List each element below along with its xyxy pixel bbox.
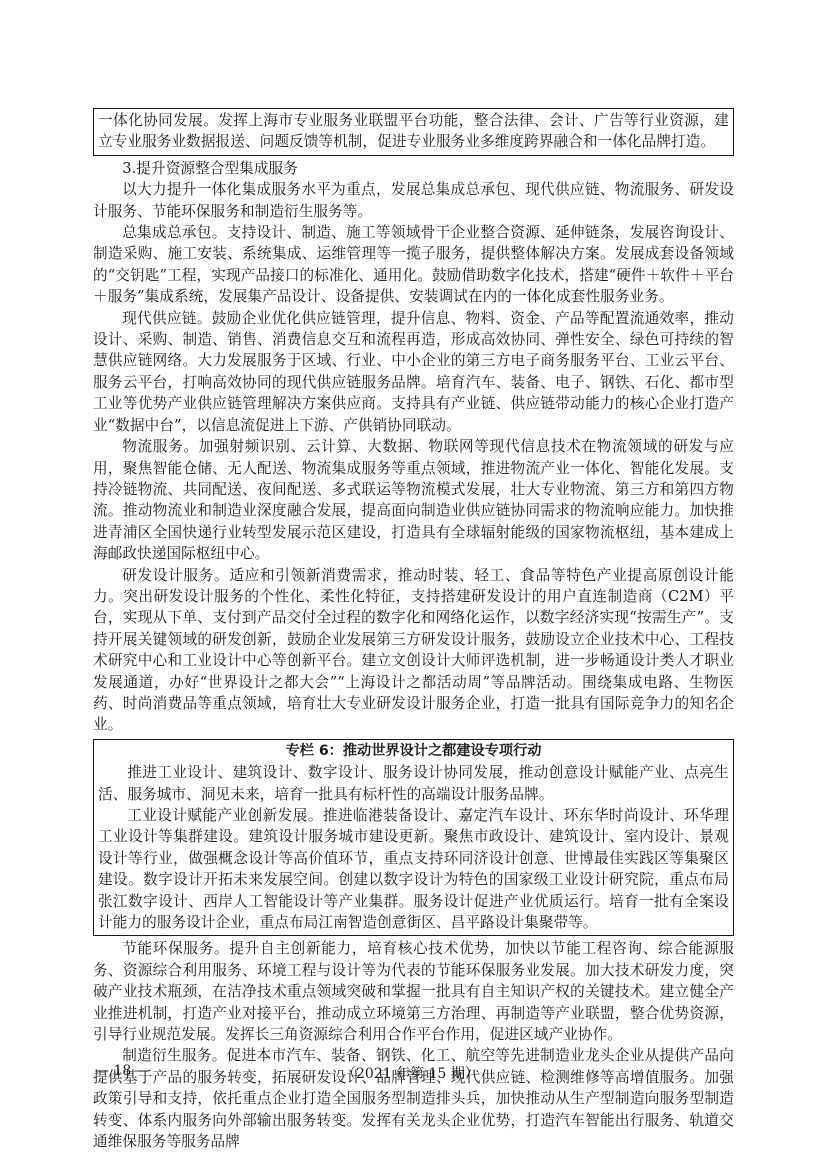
paragraph-supply-chain: 现代供应链。鼓励企业优化供应链管理，提升信息、物料、资金、产品等配置流通效率，推… (93, 308, 734, 436)
paragraph-logistics: 物流服务。加强射频识别、云计算、大数据、物联网等现代信息技术在物流领域的研发与应… (93, 436, 734, 564)
column-box-paragraph: 工业设计赋能产业创新发展。推进临港装备设计、嘉定汽车设计、环东华时尚设计、环华理… (98, 805, 729, 933)
column-box-paragraph: 推进工业设计、建筑设计、数字设计、服务设计协同发展，推动创意设计赋能产业、点亮生… (98, 762, 729, 805)
top-callout-box: 一体化协同发展。发挥上海市专业服务业联盟平台功能，整合法律、会计、广告等行业资源… (93, 108, 734, 156)
paragraph-total-integration: 总集成总承包。支持设计、制造、施工等领域骨干企业整合资源、延伸链条，发展咨询设计… (93, 222, 734, 308)
paragraph-energy-saving: 节能环保服务。提升自主创新能力，培育核心技术优势，加快以节能工程咨询、综合能源服… (93, 938, 734, 1045)
issue-label: （2021 年第 15 期） (342, 1063, 479, 1083)
column-box-title: 专栏 6：推动世界设计之都建设专项行动 (98, 741, 729, 762)
page-number: — 18 — (95, 1063, 150, 1079)
page-footer: — 18 — （2021 年第 15 期） (93, 1063, 734, 1083)
column-box-6: 专栏 6：推动世界设计之都建设专项行动 推进工业设计、建筑设计、数字设计、服务设… (93, 739, 734, 937)
top-box-text: 一体化协同发展。发挥上海市专业服务业联盟平台功能，整合法律、会计、广告等行业资源… (98, 110, 729, 153)
document-page: 一体化协同发展。发挥上海市专业服务业联盟平台功能，整合法律、会计、广告等行业资源… (93, 108, 734, 1153)
section-intro: 以大力提升一体化集成服务水平为重点，发展总集成总承包、现代供应链、物流服务、研发… (93, 179, 734, 222)
section-heading: 3.提升资源整合型集成服务 (93, 158, 734, 179)
paragraph-manufacturing-derived: 制造衍生服务。促进本市汽车、装备、钢铁、化工、航空等先进制造业龙头企业从提供产品… (93, 1045, 734, 1152)
paragraph-rd-design: 研发设计服务。适应和引领新消费需求，推动时装、轻工、食品等特色产业提高原创设计能… (93, 565, 734, 736)
